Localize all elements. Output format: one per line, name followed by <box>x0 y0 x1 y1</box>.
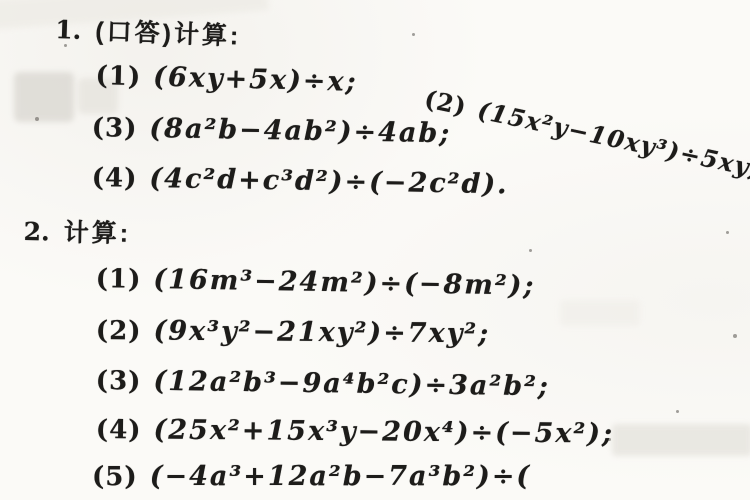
problem-1-1: (1)(6xy+5x)÷x; <box>95 60 358 98</box>
problem-number: (5) <box>92 462 138 492</box>
problem-number: (2) <box>422 84 470 121</box>
ink-speck <box>412 33 415 36</box>
ink-speck <box>676 410 679 413</box>
ink-bleed-ghost-bottom-right <box>612 424 750 456</box>
problem-2-1: (1)(16m³−24m²)÷(−8m²); <box>95 263 535 302</box>
section-title: (口答)计算: <box>95 17 242 50</box>
problem-number: (2) <box>96 316 142 346</box>
ink-speck <box>726 231 729 234</box>
problem-expression: (16m³−24m²)÷(−8m²); <box>153 264 536 302</box>
problem-number: (1) <box>95 61 141 92</box>
problem-number: (3) <box>96 366 142 397</box>
problem-2-2: (2)(9x³y²−21xy²)÷7xy²; <box>96 315 491 349</box>
problem-2-3: (3)(12a²b³−9a⁴b²c)÷3a²b²; <box>96 365 551 402</box>
problem-1-4: (4)(4c²d+c³d²)÷(−2c²d). <box>91 162 508 200</box>
problem-2-5: (5)(−4a³+12a²b−7a³b²)÷( <box>92 461 531 492</box>
problem-number: (4) <box>91 163 137 194</box>
section-number: 2. <box>23 217 50 246</box>
problem-expression: (12a²b³−9a⁴b²c)÷3a²b²; <box>153 366 550 403</box>
problem-expression: (−4a³+12a²b−7a³b²)÷( <box>150 461 532 492</box>
problem-expression: (6xy+5x)÷x; <box>153 62 358 98</box>
section-title: 计算: <box>64 219 132 248</box>
problem-expression: (25x²+15x³y−20x⁴)÷(−5x²); <box>153 415 614 450</box>
problem-expression: (9x³y²−21xy²)÷7xy²; <box>153 316 490 350</box>
section-2-header: 2.计算: <box>23 212 131 250</box>
problem-2-4: (4)(25x²+15x³y−20x⁴)÷(−5x²); <box>96 414 614 450</box>
ink-speck <box>733 334 737 338</box>
problem-expression: (8a²b−4ab²)÷4ab; <box>149 113 451 149</box>
problem-number: (1) <box>95 264 141 295</box>
section-1-header: 1.(口答)计算: <box>55 10 242 52</box>
ink-bleed-ghost-mid-right <box>560 300 640 326</box>
ink-speck <box>529 249 532 252</box>
ink-bleed-ghost-left <box>14 72 74 122</box>
scanned-textbook-page: 1.(口答)计算: (1)(6xy+5x)÷x; (2)(15x²y−10xy³… <box>0 0 750 500</box>
problem-expression: (15x²y−10xy³)÷5xy; <box>475 95 750 183</box>
problem-number: (3) <box>91 113 137 144</box>
problem-expression: (4c²d+c³d²)÷(−2c²d). <box>149 163 509 200</box>
problem-number: (4) <box>96 415 142 445</box>
section-number: 1. <box>55 15 82 45</box>
problem-1-3: (3)(8a²b−4ab²)÷4ab; <box>91 112 451 149</box>
ink-speck <box>35 117 39 121</box>
